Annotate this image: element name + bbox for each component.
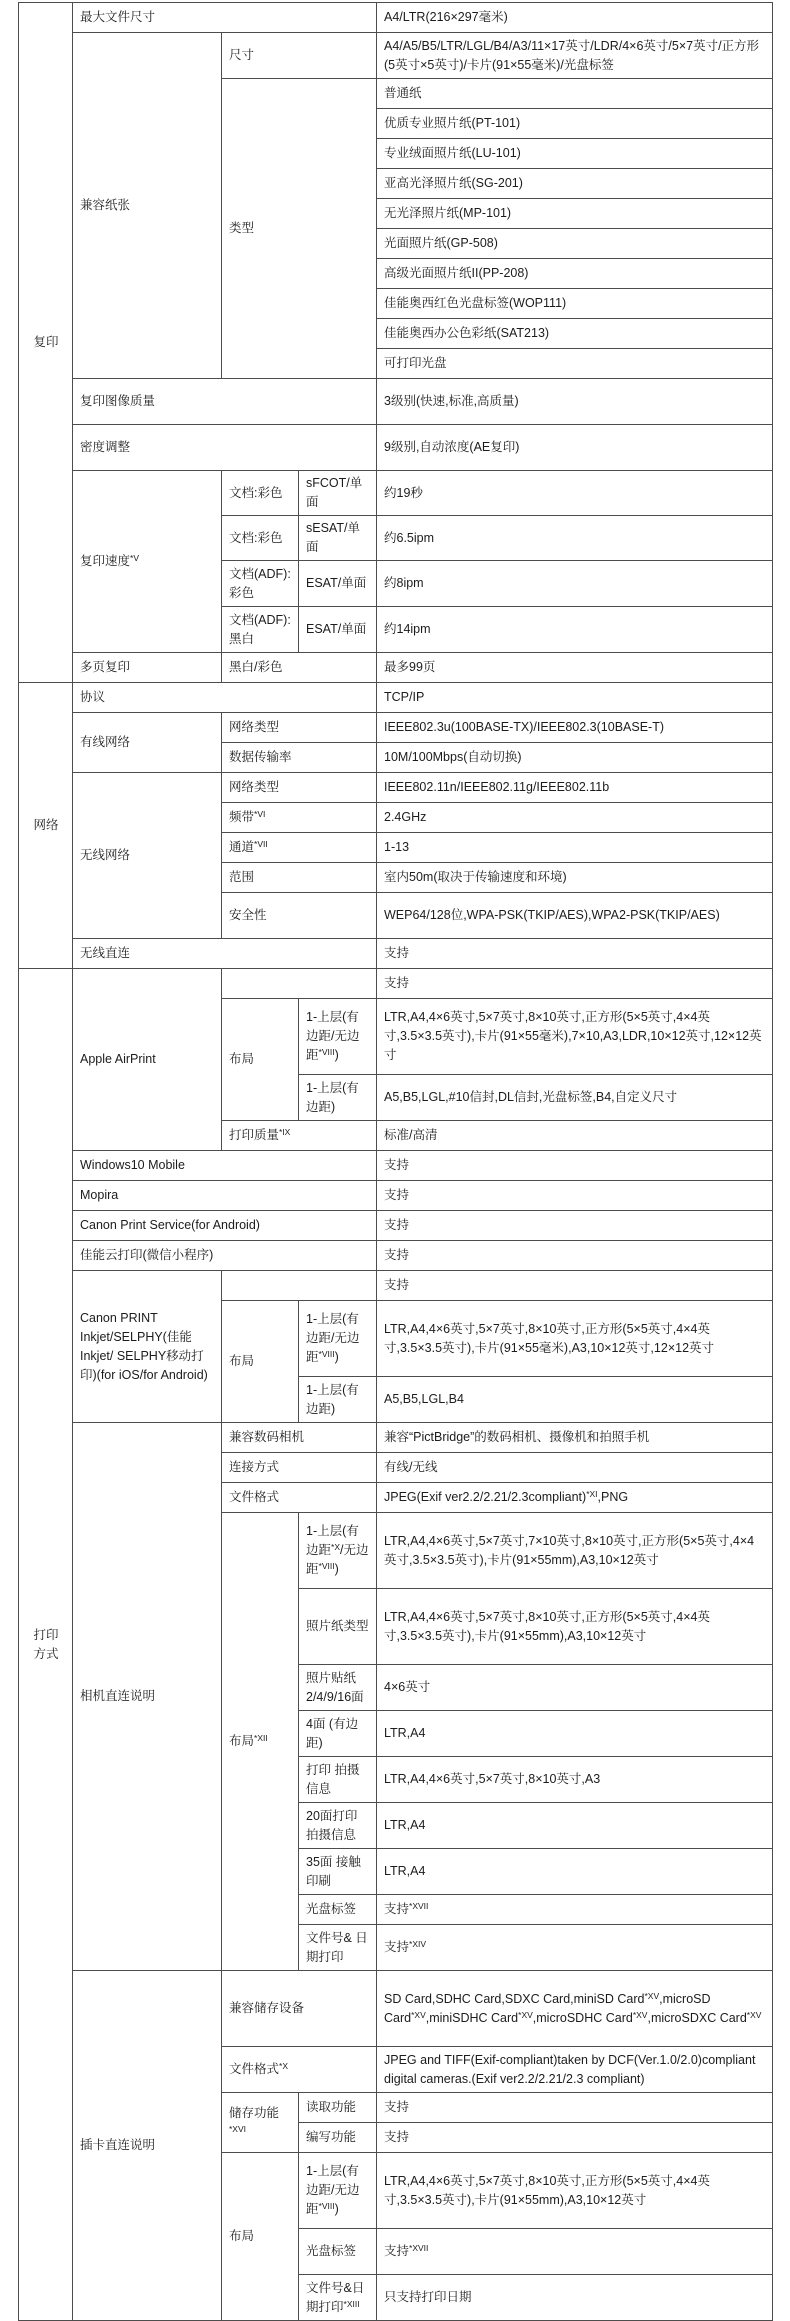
- spec-value: 约6.5ipm: [377, 516, 773, 561]
- spec-value: LTR,A4,4×6英寸,5×7英寸,8×10英寸,正方形(5×5英寸,4×4英…: [377, 1301, 773, 1377]
- spec-value: 室内50m(取决于传输速度和环境): [377, 863, 773, 893]
- table-row: 网络 协议 TCP/IP: [19, 683, 773, 713]
- table-row: Windows10 Mobile 支持: [19, 1151, 773, 1181]
- spec-label: Canon PRINT Inkjet/SELPHY(佳能Inkjet/ SELP…: [73, 1271, 222, 1423]
- spec-value: A4/A5/B5/LTR/LGL/B4/A3/11×17英寸/LDR/4×6英寸…: [377, 33, 773, 79]
- spec-sublabel: 类型: [222, 79, 377, 379]
- spec-subsublabel: 照片纸类型: [299, 1589, 377, 1665]
- spec-value: 可打印光盘: [377, 349, 773, 379]
- category-print-method: 打印 方式: [19, 969, 73, 2321]
- spec-value: 支持: [377, 969, 773, 999]
- spec-sublabel: 频带*VI: [222, 803, 377, 833]
- spec-sublabel: 网络类型: [222, 713, 377, 743]
- spec-value: 有线/无线: [377, 1453, 773, 1483]
- spec-sublabel: 文档:彩色: [222, 516, 299, 561]
- table-row: 无线网络 网络类型 IEEE802.11n/IEEE802.11g/IEEE80…: [19, 773, 773, 803]
- spec-label: Canon Print Service(for Android): [73, 1211, 377, 1241]
- spec-value: LTR,A4: [377, 1711, 773, 1757]
- spec-sublabel: 连接方式: [222, 1453, 377, 1483]
- spec-value: LTR,A4,4×6英寸,5×7英寸,8×10英寸,正方形(5×5英寸,4×4英…: [377, 999, 773, 1075]
- spec-value: 光面照片纸(GP-508): [377, 229, 773, 259]
- spec-label: 无线直连: [73, 939, 377, 969]
- spec-label: 佳能云打印(微信小程序): [73, 1241, 377, 1271]
- spec-label: 密度调整: [73, 425, 377, 471]
- spec-value: LTR,A4,4×6英寸,5×7英寸,8×10英寸,正方形(5×5英寸,4×4英…: [377, 1589, 773, 1665]
- spec-sublabel: 储存功能*XVI: [222, 2093, 299, 2153]
- spec-sublabel: 网络类型: [222, 773, 377, 803]
- spec-value: SD Card,SDHC Card,SDXC Card,miniSD Card*…: [377, 1971, 773, 2047]
- spec-value: 4×6英寸: [377, 1665, 773, 1711]
- table-row: 复印图像质量 3级别(快速,标准,高质量): [19, 379, 773, 425]
- spec-value: A4/LTR(216×297毫米): [377, 3, 773, 33]
- spec-subsublabel: 1-上层(有边距/无边距*VIII): [299, 1301, 377, 1377]
- spec-subsublabel: 光盘标签: [299, 1895, 377, 1925]
- spec-subsublabel: sFCOT/单面: [299, 471, 377, 516]
- spec-value: A5,B5,LGL,#10信封,DL信封,光盘标签,B4,自定义尺寸: [377, 1075, 773, 1121]
- spec-value: 支持: [377, 2123, 773, 2153]
- spec-value: LTR,A4: [377, 1803, 773, 1849]
- spec-value: JPEG(Exif ver2.2/2.21/2.3compliant)*XI,P…: [377, 1483, 773, 1513]
- spec-value: 支持: [377, 1211, 773, 1241]
- spec-value: 无光泽照片纸(MP-101): [377, 199, 773, 229]
- table-row: 密度调整 9级别,自动浓度(AE复印): [19, 425, 773, 471]
- spec-value: 最多99页: [377, 653, 773, 683]
- spec-label: 有线网络: [73, 713, 222, 773]
- spec-value: 3级别(快速,标准,高质量): [377, 379, 773, 425]
- spec-value: 高级光面照片纸II(PP-208): [377, 259, 773, 289]
- spec-sublabel: 兼容储存设备: [222, 1971, 377, 2047]
- spec-value: LTR,A4,4×6英寸,5×7英寸,8×10英寸,正方形(5×5英寸,4×4英…: [377, 2153, 773, 2229]
- spec-value: 只支持打印日期: [377, 2275, 773, 2321]
- spec-subsublabel: 编写功能: [299, 2123, 377, 2153]
- spec-value: 普通纸: [377, 79, 773, 109]
- spec-label: 协议: [73, 683, 377, 713]
- spec-value: 约14ipm: [377, 607, 773, 653]
- spec-sublabel: 文档(ADF):黑白: [222, 607, 299, 653]
- spec-subsublabel: 1-上层(有边距): [299, 1377, 377, 1423]
- spec-value: 支持: [377, 1181, 773, 1211]
- spec-sublabel: 黑白/彩色: [222, 653, 377, 683]
- table-row: 复印 最大文件尺寸 A4/LTR(216×297毫米): [19, 3, 773, 33]
- spec-subsublabel: 文件号& 日期打印: [299, 1925, 377, 1971]
- spec-value: 支持: [377, 1151, 773, 1181]
- table-row: Mopira 支持: [19, 1181, 773, 1211]
- spec-value: 2.4GHz: [377, 803, 773, 833]
- spec-sublabel: 数据传输率: [222, 743, 377, 773]
- table-row: 插卡直连说明 兼容储存设备 SD Card,SDHC Card,SDXC Car…: [19, 1971, 773, 2047]
- spec-value: TCP/IP: [377, 683, 773, 713]
- spec-value: 支持: [377, 2093, 773, 2123]
- spec-subsublabel: 1-上层(有边距*X/无边距*VIII): [299, 1513, 377, 1589]
- category-print-line: 打印: [26, 1626, 66, 1645]
- spec-label: 兼容纸张: [73, 33, 222, 379]
- spec-label: Mopira: [73, 1181, 377, 1211]
- spec-value: 约8ipm: [377, 561, 773, 607]
- spec-label: 多页复印: [73, 653, 222, 683]
- spec-value: 支持*XIV: [377, 1925, 773, 1971]
- spec-subsublabel: 1-上层(有边距): [299, 1075, 377, 1121]
- spec-label: 插卡直连说明: [73, 1971, 222, 2321]
- table-row: Canon PRINT Inkjet/SELPHY(佳能Inkjet/ SELP…: [19, 1271, 773, 1301]
- spec-label: 复印图像质量: [73, 379, 377, 425]
- spec-subsublabel: 4面 (有边距): [299, 1711, 377, 1757]
- spec-subsublabel: 1-上层(有边距/无边距*VIII): [299, 999, 377, 1075]
- spec-value: JPEG and TIFF(Exif-compliant)taken by DC…: [377, 2047, 773, 2093]
- spec-value: 优质专业照片纸(PT-101): [377, 109, 773, 139]
- spec-label: 相机直连说明: [73, 1423, 222, 1971]
- spec-subsublabel: 光盘标签: [299, 2229, 377, 2275]
- spec-value: 支持: [377, 939, 773, 969]
- spec-value: IEEE802.11n/IEEE802.11g/IEEE802.11b: [377, 773, 773, 803]
- spec-value: LTR,A4: [377, 1849, 773, 1895]
- spec-sublabel: 布局: [222, 999, 299, 1121]
- spec-label: 最大文件尺寸: [73, 3, 377, 33]
- spec-value: WEP64/128位,WPA-PSK(TKIP/AES),WPA2-PSK(TK…: [377, 893, 773, 939]
- spec-value: 兼容“PictBridge”的数码相机、摄像机和拍照手机: [377, 1423, 773, 1453]
- table-row: 复印速度*V 文档:彩色 sFCOT/单面 约19秒: [19, 471, 773, 516]
- spec-value: LTR,A4,4×6英寸,5×7英寸,8×10英寸,A3: [377, 1757, 773, 1803]
- table-row: 打印 方式 Apple AirPrint 支持: [19, 969, 773, 999]
- table-row: 相机直连说明 兼容数码相机 兼容“PictBridge”的数码相机、摄像机和拍照…: [19, 1423, 773, 1453]
- spec-value: 支持: [377, 1271, 773, 1301]
- spec-sublabel: 兼容数码相机: [222, 1423, 377, 1453]
- spec-value: 9级别,自动浓度(AE复印): [377, 425, 773, 471]
- spec-subsublabel: 照片贴纸 2/4/9/16面: [299, 1665, 377, 1711]
- spec-value: 支持*XVII: [377, 2229, 773, 2275]
- spec-sublabel: 文件格式*X: [222, 2047, 377, 2093]
- spec-value: 标准/高清: [377, 1121, 773, 1151]
- spec-sublabel: 安全性: [222, 893, 377, 939]
- printer-spec-page: 复印 最大文件尺寸 A4/LTR(216×297毫米) 兼容纸张 尺寸 A4/A…: [0, 2, 790, 2290]
- category-copy: 复印: [19, 3, 73, 683]
- spec-subsublabel: ESAT/单面: [299, 607, 377, 653]
- spec-sublabel: 布局: [222, 1301, 299, 1423]
- table-row: 兼容纸张 尺寸 A4/A5/B5/LTR/LGL/B4/A3/11×17英寸/L…: [19, 33, 773, 79]
- spec-value: 亚高光泽照片纸(SG-201): [377, 169, 773, 199]
- spec-value: 约19秒: [377, 471, 773, 516]
- spec-value: 1-13: [377, 833, 773, 863]
- spec-sublabel: 通道*VII: [222, 833, 377, 863]
- spec-subsublabel: 打印 拍摄信息: [299, 1757, 377, 1803]
- spec-value: IEEE802.3u(100BASE-TX)/IEEE802.3(10BASE-…: [377, 713, 773, 743]
- spec-subsublabel: 35面 接触印刷: [299, 1849, 377, 1895]
- spec-label: Windows10 Mobile: [73, 1151, 377, 1181]
- spec-subsublabel: sESAT/单面: [299, 516, 377, 561]
- spec-sublabel: 文档(ADF):彩色: [222, 561, 299, 607]
- empty-cell: [222, 969, 377, 999]
- table-row: Canon Print Service(for Android) 支持: [19, 1211, 773, 1241]
- spec-value: LTR,A4,4×6英寸,5×7英寸,7×10英寸,8×10英寸,正方形(5×5…: [377, 1513, 773, 1589]
- spec-sublabel: 文档:彩色: [222, 471, 299, 516]
- spec-value: 佳能奥西红色光盘标签(WOP111): [377, 289, 773, 319]
- spec-sublabel: 尺寸: [222, 33, 377, 79]
- spec-value: 专业绒面照片纸(LU-101): [377, 139, 773, 169]
- spec-subsublabel: 20面打印 拍摄信息: [299, 1803, 377, 1849]
- spec-label: Apple AirPrint: [73, 969, 222, 1151]
- spec-label: 无线网络: [73, 773, 222, 939]
- printer-spec-table: 复印 最大文件尺寸 A4/LTR(216×297毫米) 兼容纸张 尺寸 A4/A…: [18, 2, 773, 2321]
- spec-sublabel: 打印质量*IX: [222, 1121, 377, 1151]
- spec-subsublabel: ESAT/单面: [299, 561, 377, 607]
- table-row: 无线直连 支持: [19, 939, 773, 969]
- category-print-line: 方式: [26, 1645, 66, 1664]
- spec-label: 复印速度*V: [73, 471, 222, 653]
- spec-sublabel: 布局: [222, 2153, 299, 2321]
- spec-subsublabel: 文件号&日期打印*XIII: [299, 2275, 377, 2321]
- spec-sublabel: 布局*XII: [222, 1513, 299, 1971]
- table-row: 佳能云打印(微信小程序) 支持: [19, 1241, 773, 1271]
- spec-value: 佳能奥西办公色彩纸(SAT213): [377, 319, 773, 349]
- spec-value: 10M/100Mbps(自动切换): [377, 743, 773, 773]
- spec-value: 支持*XVII: [377, 1895, 773, 1925]
- spec-value: A5,B5,LGL,B4: [377, 1377, 773, 1423]
- spec-sublabel: 范围: [222, 863, 377, 893]
- category-network: 网络: [19, 683, 73, 969]
- spec-value: 支持: [377, 1241, 773, 1271]
- spec-subsublabel: 读取功能: [299, 2093, 377, 2123]
- table-row: 有线网络 网络类型 IEEE802.3u(100BASE-TX)/IEEE802…: [19, 713, 773, 743]
- table-row: 多页复印 黑白/彩色 最多99页: [19, 653, 773, 683]
- spec-sublabel: 文件格式: [222, 1483, 377, 1513]
- empty-cell: [222, 1271, 377, 1301]
- spec-subsublabel: 1-上层(有边距/无边距*VIII): [299, 2153, 377, 2229]
